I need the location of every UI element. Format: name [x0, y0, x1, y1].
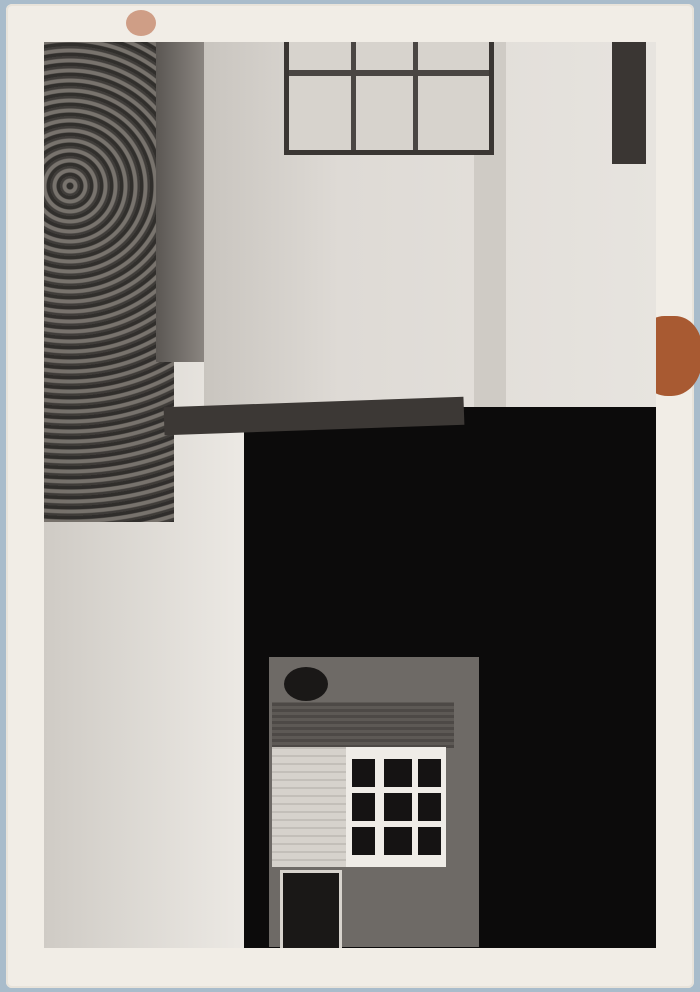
shed-door — [280, 870, 342, 948]
shed-roof — [272, 702, 454, 748]
shuttered-window — [284, 42, 494, 155]
stain-mark — [126, 10, 156, 36]
wooden-fence — [156, 42, 204, 362]
photograph — [44, 42, 656, 948]
hedge — [44, 42, 174, 522]
window-shutter — [612, 42, 646, 164]
shed-siding — [272, 747, 347, 867]
shed-window — [346, 747, 446, 867]
pot — [284, 667, 328, 701]
photo-paper-border — [6, 4, 694, 988]
